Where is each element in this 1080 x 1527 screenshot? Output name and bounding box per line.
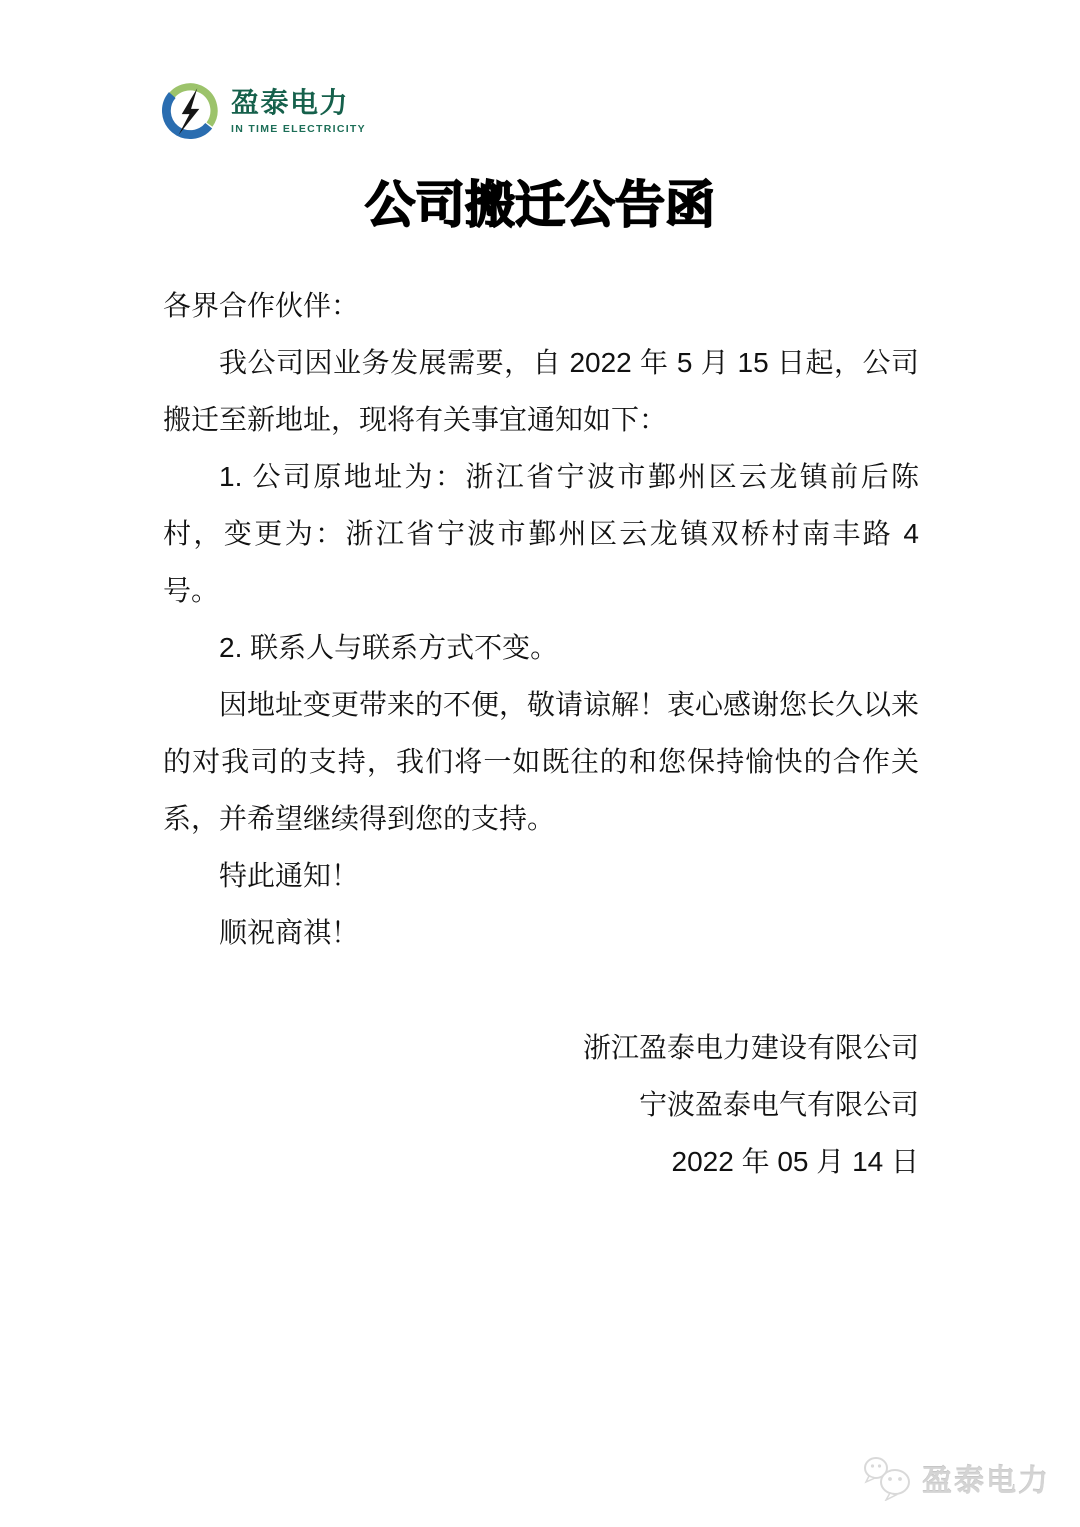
watermark: 盈泰电力 xyxy=(863,1455,1050,1501)
company-logo: 盈泰电力 IN TIME ELECTRICITY xyxy=(161,82,366,140)
document-title: 公司搬迁公告函 xyxy=(0,176,1080,234)
paragraph-address-change: 1. 公司原地址为：浙江省宁波市鄞州区云龙镇前后陈村，变更为：浙江省宁波市鄞州区… xyxy=(163,448,919,619)
logo-company-name-en: IN TIME ELECTRICITY xyxy=(231,122,366,136)
paragraph-hereby-notice: 特此通知！ xyxy=(163,847,919,904)
salutation: 各界合作伙伴： xyxy=(163,277,919,334)
signature-date: 2022 年 05 月 14 日 xyxy=(163,1133,919,1190)
letter-body: 各界合作伙伴： 我公司因业务发展需要，自 2022 年 5 月 15 日起，公司… xyxy=(163,277,919,1190)
signature-company-1: 浙江盈泰电力建设有限公司 xyxy=(163,1019,919,1076)
paragraph-apology-thanks: 因地址变更带来的不便，敬请谅解！衷心感谢您长久以来的对我司的支持，我们将一如既往… xyxy=(163,676,919,847)
logo-wordmark: 盈泰电力 IN TIME ELECTRICITY xyxy=(231,87,366,136)
signature-block: 浙江盈泰电力建设有限公司 宁波盈泰电气有限公司 2022 年 05 月 14 日 xyxy=(163,1019,919,1190)
lightning-circle-icon xyxy=(161,82,219,140)
signature-company-2: 宁波盈泰电气有限公司 xyxy=(163,1076,919,1133)
wechat-icon xyxy=(863,1455,913,1501)
watermark-label: 盈泰电力 xyxy=(922,1456,1050,1500)
document-page: 盈泰电力 IN TIME ELECTRICITY 公司搬迁公告函 各界合作伙伴：… xyxy=(0,0,1080,1527)
paragraph-relocation-notice: 我公司因业务发展需要，自 2022 年 5 月 15 日起，公司搬迁至新地址，现… xyxy=(163,334,919,448)
logo-company-name: 盈泰电力 xyxy=(231,87,366,119)
paragraph-best-wishes: 顺祝商祺！ xyxy=(163,904,919,961)
paragraph-contact-unchanged: 2. 联系人与联系方式不变。 xyxy=(163,619,919,676)
